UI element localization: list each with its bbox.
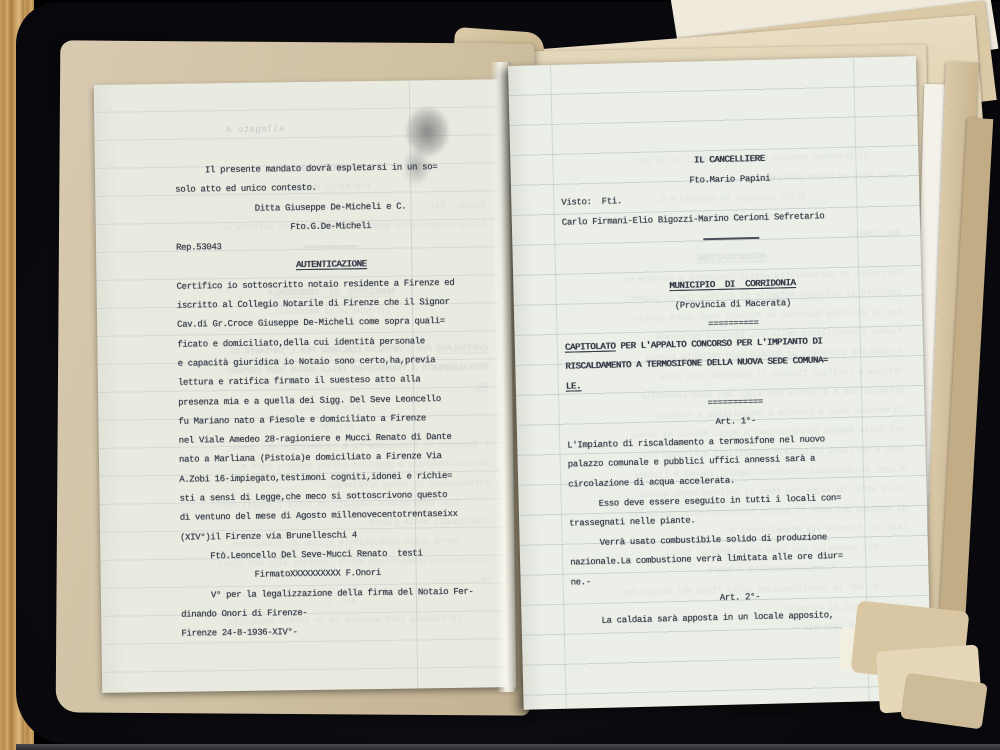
archival-photo: { "colors": { "mat": "#0d0c11", "wood": … xyxy=(0,0,1000,750)
ink-smudge xyxy=(386,102,453,195)
left-page-typed-text: Il presente mandato dovrà espletarsi in … xyxy=(175,157,492,644)
bleedthrough-allegato: Allegato A xyxy=(194,124,284,135)
right-page-typed-text: IL CANCELLIEREFto.Mario PapiniVisto: Fti… xyxy=(560,146,910,632)
mat-bottom-edge xyxy=(16,744,1000,750)
left-document-page: Allegato A IL CANCELLIEREFto.Mario Papin… xyxy=(94,79,516,693)
typed-line: Firenze 24-8-1936-XIV°- xyxy=(181,621,491,645)
